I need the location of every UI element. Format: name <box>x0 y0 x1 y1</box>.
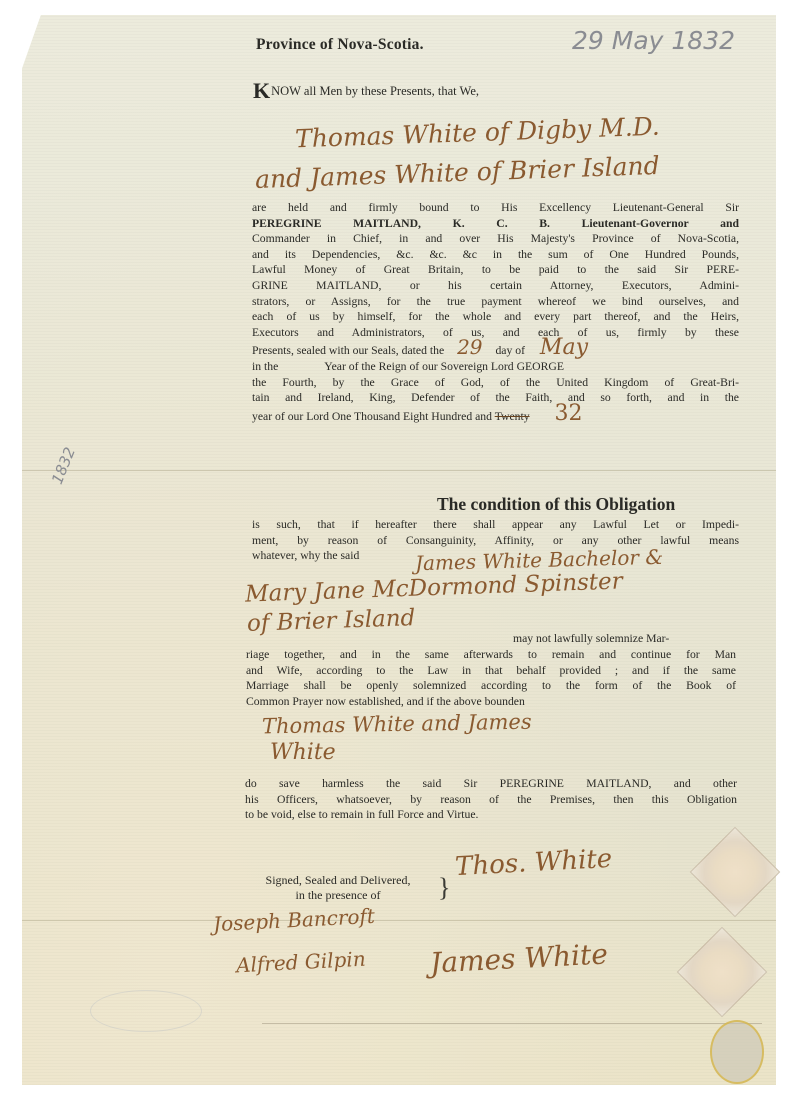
body-line: the Fourth, by the Grace of God, of the … <box>252 375 739 391</box>
marriage-line: Marriage shall be openly solemnized acco… <box>246 678 736 694</box>
reign-line-text: Year of the Reign of our Sovereign Lord … <box>324 360 564 373</box>
handwritten-month: May <box>540 335 588 360</box>
body-line: Commander in Chief, in and over His Maje… <box>252 231 739 247</box>
brace: } <box>438 873 450 903</box>
body-line: each of us by himself, for the whole and… <box>252 309 739 325</box>
body-line: tain and Ireland, King, Defender of the … <box>252 390 739 406</box>
reign-line: in theYear of the Reign of our Sovereign… <box>252 359 739 375</box>
document-heading: Province of Nova-Scotia. <box>256 36 424 54</box>
closing-line: his Officers, whatsoever, by reason of t… <box>245 792 737 808</box>
marriage-line: Common Prayer now established, and if th… <box>246 694 736 710</box>
signed-line-2: in the presence of <box>238 888 438 903</box>
body-line: PEREGRINE MAITLAND, K. C. B. Lieutenant-… <box>252 216 739 232</box>
marriage-line: riage together, and in the same afterwar… <box>246 647 736 663</box>
dated-line-text: day of <box>495 344 525 357</box>
condition-line: ment, by reason of Consanguinity, Affini… <box>252 533 739 549</box>
handwritten-year: 32 <box>555 401 583 426</box>
closing-line: do save harmless the said Sir PEREGRINE … <box>245 776 737 792</box>
closing-line: to be void, else to remain in full Force… <box>245 807 737 823</box>
year-line-text: year of our Lord One Thousand Eight Hund… <box>252 410 492 423</box>
know-line-text: NOW all Men by these Presents, that We, <box>271 84 479 98</box>
condition-title: The condition of this Obligation <box>437 494 675 515</box>
dated-line: Presents, sealed with our Seals, dated t… <box>252 340 739 359</box>
body-line: strators, or Assigns, for the true payme… <box>252 294 739 310</box>
body-line: Lawful Money of Great Britain, to be pai… <box>252 262 739 278</box>
seal-stain <box>710 1020 764 1084</box>
dated-line-text: Presents, sealed with our Seals, dated t… <box>252 344 444 357</box>
know-all-men-line: KNOW all Men by these Presents, that We, <box>253 80 479 102</box>
solemnize-line: may not lawfully solemnize Mar- <box>513 631 669 647</box>
handwritten-bounden-1: Thomas White and James <box>262 710 532 739</box>
pencil-date-note: 29 May 1832 <box>572 26 735 55</box>
handwritten-bounden-2: White <box>270 740 336 765</box>
body-line: are held and firmly bound to His Excelle… <box>252 200 739 216</box>
signature-line <box>262 1023 762 1024</box>
drop-cap: K <box>253 78 270 103</box>
marriage-line: and Wife, according to the Law in that b… <box>246 663 736 679</box>
body-line: Executors and Administrators, of us, and… <box>252 325 739 341</box>
struck-word: Twenty <box>495 410 530 423</box>
marriage-body: riage together, and in the same afterwar… <box>246 647 736 709</box>
condition-line: is such, that if hereafter there shall a… <box>252 517 739 533</box>
fold-line <box>22 920 776 921</box>
faint-stamp-mark <box>90 990 202 1032</box>
reign-line-text: in the <box>252 360 278 373</box>
body-line: GRINE MAITLAND, or his certain Attorney,… <box>252 278 739 294</box>
bond-body: are held and firmly bound to His Excelle… <box>252 200 739 424</box>
body-line: and its Dependencies, &c. &c. &c in the … <box>252 247 739 263</box>
signed-line-1: Signed, Sealed and Delivered, <box>238 873 438 888</box>
signed-sealed-delivered: Signed, Sealed and Delivered, in the pre… <box>238 873 438 903</box>
fold-line <box>22 470 776 471</box>
closing-body: do save harmless the said Sir PEREGRINE … <box>245 776 737 823</box>
handwritten-day: 29 <box>457 335 482 359</box>
year-line: year of our Lord One Thousand Eight Hund… <box>252 406 739 425</box>
